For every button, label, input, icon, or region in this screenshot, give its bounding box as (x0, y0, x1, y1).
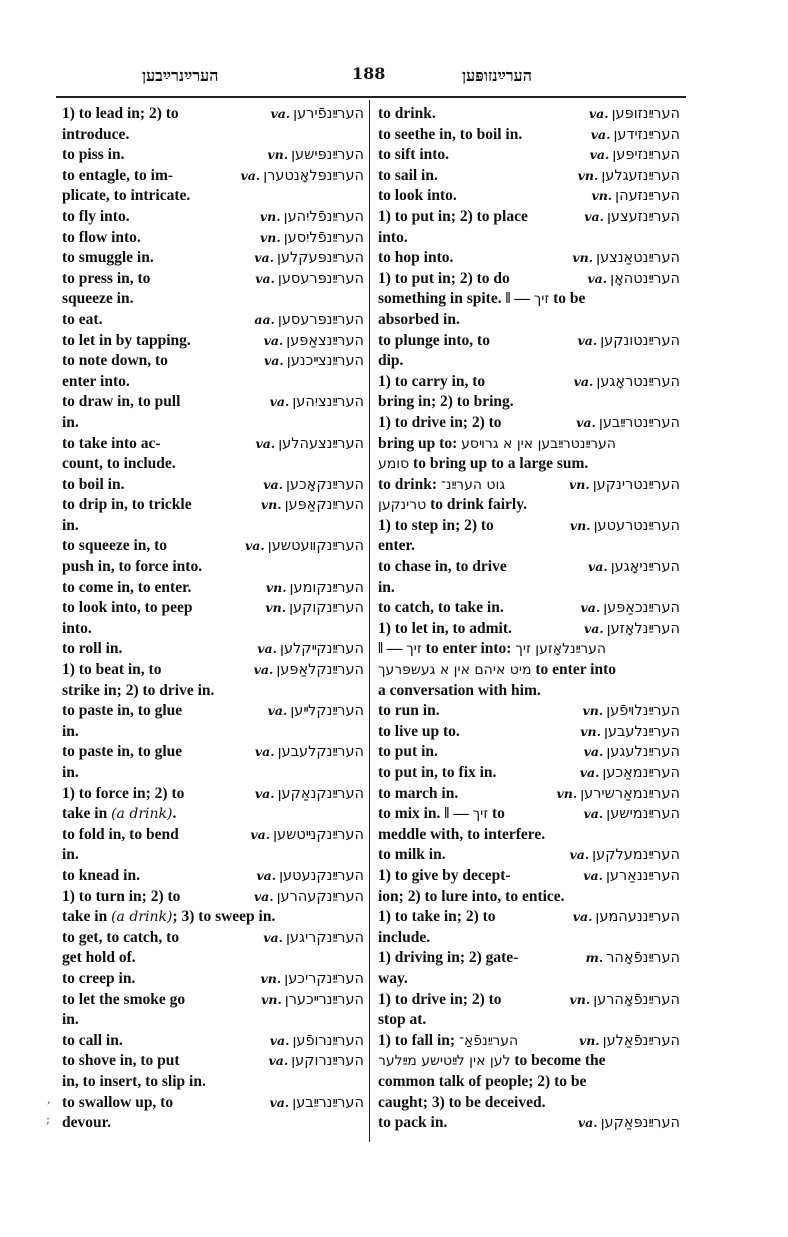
dictionary-line: to fly into.vn.הערײַנפֿליִהען (62, 207, 364, 228)
part-of-speech: vn. (261, 971, 282, 986)
definition-text: to sail in. (378, 167, 438, 184)
headword-group: va.הערײַנקװעטשען (245, 536, 364, 557)
dictionary-line: to paste in, to glueva.הערײַנקלעבען (62, 742, 364, 763)
dictionary-line: to put in, to fix in.va.הערײַנמאַכען (378, 763, 680, 784)
definition-text: 1) driving in; 2) gate- (378, 949, 518, 966)
english-text: to let in by tapping. (62, 331, 191, 352)
english-text: to fly into. (62, 207, 130, 228)
headword-group: va.הערײַנלאָזען (584, 619, 680, 640)
english-text: 1) to drive in; 2) to (378, 413, 502, 434)
dictionary-line: 1) to put in; 2) to dova.הערײַנטהאָן (378, 269, 680, 290)
dictionary-line: 1) to lead in; 2) tova.הערײַנפֿירען (62, 104, 364, 125)
english-text: to march in. (378, 784, 458, 805)
definition-text: absorbed in. (378, 311, 460, 328)
part-of-speech: va. (256, 868, 276, 883)
yiddish-headword: הערײַנקלעבען (278, 744, 364, 760)
english-text: to piss in. (62, 145, 124, 166)
yiddish-headword: הערײַנפֿליִסען (284, 230, 364, 246)
part-of-speech: va. (268, 1053, 288, 1068)
headword-group: vn.הערײַנפֿאַלען (579, 1031, 680, 1052)
english-text: ‖ — זיך to enter into: הערײַנלאָזען זיך (378, 639, 606, 660)
definition-text: take in (62, 805, 111, 822)
headword-group: va.הערײַנטהאָן (587, 269, 680, 290)
dictionary-line: in. (62, 845, 364, 866)
english-text: to come in, to enter. (62, 578, 191, 599)
english-text: introduce. (62, 125, 129, 146)
part-of-speech: m. (586, 950, 604, 965)
dictionary-line: to live up to.vn.הערײַנלעבען (378, 722, 680, 743)
english-text: 1) to take in; 2) to (378, 907, 496, 928)
hebrew-inline: הערײַנלאָזען זיך (515, 641, 606, 657)
english-text: count, to include. (62, 454, 176, 475)
definition-text: to march in. (378, 785, 458, 802)
english-text: to squeeze in, to (62, 536, 167, 557)
english-text: 1) to drive in; 2) to (378, 990, 502, 1011)
definition-text: plicate, to intricate. (62, 187, 190, 204)
headword-group: va.הערײַנפּאַקען (578, 1113, 680, 1134)
english-text: 1) to put in; 2) to place (378, 207, 528, 228)
headword-group: va.הערײַנרופֿען (270, 1031, 364, 1052)
part-of-speech: va. (263, 930, 283, 945)
headword-group: va.הערײַננעהמען (573, 907, 680, 928)
part-of-speech: va. (256, 436, 276, 451)
dictionary-line: 1) to force in; 2) tova.הערײַנקנאַקען (62, 784, 364, 805)
yiddish-headword: הערײַנפּלאָנטערן (263, 168, 364, 184)
yiddish-headword: הערײַנקעהרען (277, 889, 364, 905)
dictionary-line: bring in; 2) to bring. (378, 392, 680, 413)
dictionary-line: to drip in, to tricklevn.הערײַנקאַפּען (62, 495, 364, 516)
english-text: absorbed in. (378, 310, 460, 331)
dictionary-line: to fold in, to bendva.הערײַנקנײטשען (62, 825, 364, 846)
dictionary-line: to let the smoke govn.הערײַנרײכערן (62, 990, 364, 1011)
page-number: 188 (352, 64, 385, 83)
english-text: common talk of people; 2) to be (378, 1072, 586, 1093)
definition-text: common talk of people; 2) to be (378, 1073, 586, 1090)
headword-group: va.הערײַננאַרען (583, 866, 680, 887)
definition-text: push in, to force into. (62, 558, 202, 575)
part-of-speech: vn. (579, 1033, 600, 1048)
yiddish-headword: הערײַנקריגען (286, 930, 364, 946)
english-text: טרינקען to drink fairly. (378, 495, 527, 516)
headword-group: vn.הערײַנקומען (266, 578, 364, 599)
english-text: מיט איהם אין א געשפּרעך to enter into (378, 660, 616, 681)
headword-group: va.הערײַנצעהלען (256, 434, 364, 455)
english-text: in, to insert, to slip in. (62, 1072, 206, 1093)
headword-group: vn.הערײַנפֿאָהרען (570, 990, 680, 1011)
headword-group: va.הערײַנקנאַקען (255, 784, 364, 805)
definition-text: a conversation with him. (378, 682, 541, 699)
part-of-speech: va. (255, 744, 275, 759)
part-of-speech: va. (583, 868, 603, 883)
dictionary-page: הערײַנרײַבען 188 הערײַנזופּען 1) to lead… (0, 0, 788, 1237)
dictionary-line: in. (62, 763, 364, 784)
definition-text: 1) to carry in, to (378, 373, 485, 390)
yiddish-headword: הערײַנטרעטען (594, 518, 680, 534)
english-text: to take into ac- (62, 434, 161, 455)
definition-text: 1) to let in, to admit. (378, 620, 512, 637)
dictionary-line: get hold of. (62, 948, 364, 969)
definition-text: in. (378, 579, 395, 596)
english-text: to pack in. (378, 1113, 447, 1134)
dictionary-line: 1) to take in; 2) tova.הערײַננעהמען (378, 907, 680, 928)
part-of-speech: va. (241, 168, 261, 183)
definition-text: to live up to. (378, 723, 460, 740)
english-text: סומע to bring up to a large sum. (378, 454, 588, 475)
headword-group: va.הערײַנזופּען (589, 104, 680, 125)
part-of-speech: vn. (583, 703, 604, 718)
headword-group: aa.הערײַנפּרעסען (254, 310, 364, 331)
english-text: stop at. (378, 1010, 426, 1031)
dictionary-line: 1) to turn in; 2) tova.הערײַנקעהרען (62, 887, 364, 908)
yiddish-headword: הערײַנפּאַקען (601, 1115, 680, 1131)
headword-group: va.הערײַנמישען (584, 804, 680, 825)
definition-text: to fly into. (62, 208, 130, 225)
definition-text: in. (62, 517, 79, 534)
dictionary-line: to flow into.vn.הערײַנפֿליִסען (62, 228, 364, 249)
headword-group: va.הערײַנקלעבען (255, 742, 364, 763)
yiddish-headword: הערײַנטאַנצען (596, 250, 680, 266)
english-text: לען אין לײַטישע מײַלער to become the (378, 1051, 606, 1072)
part-of-speech: va. (270, 1095, 290, 1110)
headword-group: va.הערײַנלעגען (584, 742, 680, 763)
headword-group: va.הערײַנזעצען (584, 207, 680, 228)
part-of-speech: va. (254, 250, 274, 265)
definition-text: to seethe in, to boil in. (378, 126, 522, 143)
dictionary-line: in. (62, 413, 364, 434)
dictionary-line: enter into. (62, 372, 364, 393)
part-of-speech: va. (591, 127, 611, 142)
part-of-speech: va. (270, 394, 290, 409)
yiddish-headword: הערײַנקנעטען (279, 868, 364, 884)
part-of-speech: va. (254, 889, 274, 904)
definition-text: to get, to catch, to (62, 929, 179, 946)
headword-group: vn.הערײַנפֿליִהען (260, 207, 364, 228)
english-text: to seethe in, to boil in. (378, 125, 522, 146)
headword-group: va.הערײַנקעהרען (254, 887, 364, 908)
headword-group: vn.הערײַנפֿליִסען (260, 228, 364, 249)
headword-group: va.הערײַנקלאַפּען (254, 660, 364, 681)
dictionary-line: 1) driving in; 2) gate-m.הערײַנפֿאָהר (378, 948, 680, 969)
headword-group: vn.הערײַנקאַפּען (261, 495, 364, 516)
hebrew-inline: הערײַנפֿאַ־ (459, 1033, 518, 1049)
headword-group: vn.הערײַנרײכערן (261, 990, 364, 1011)
headword-group: va.הערײַנמאַכען (580, 763, 680, 784)
part-of-speech: va. (264, 333, 284, 348)
dictionary-line: into. (378, 228, 680, 249)
definition-text: take in (62, 908, 111, 925)
definition-text: to paste in, to glue (62, 702, 182, 719)
definition-text: to (488, 805, 505, 822)
definition-text: ‖ — (378, 640, 406, 657)
yiddish-headword: הערײַנטונקען (600, 333, 680, 349)
yiddish-headword: הערײַנקוקען (289, 600, 364, 616)
definition-text: to drip in, to trickle (62, 496, 192, 513)
headword-group: va.הערײַנקריגען (263, 928, 364, 949)
definition-text: 1) to turn in; 2) to (62, 888, 180, 905)
part-of-speech: vn. (570, 518, 591, 533)
dictionary-line: טרינקען to drink fairly. (378, 495, 680, 516)
dictionary-line: to run in.vn.הערײַנלױפֿען (378, 701, 680, 722)
dictionary-line: into. (62, 619, 364, 640)
definition-text: to drink fairly. (426, 496, 527, 513)
definition-text: meddle with, to interfere. (378, 826, 545, 843)
definition-text: to come in, to enter. (62, 579, 191, 596)
headword-group: va.הערײַנקײקלען (257, 639, 364, 660)
part-of-speech: vn. (260, 230, 281, 245)
italic-note: (a drink) (111, 806, 172, 822)
definition-text: to enter into: (422, 640, 516, 657)
yiddish-headword: הערײַנלעבען (604, 724, 680, 740)
dictionary-line: to march in.vn.הערײַנמאַרשירען (378, 784, 680, 805)
definition-text: 1) to step in; 2) to (378, 517, 494, 534)
hebrew-inline: גוט הערײַנ־ (441, 477, 505, 493)
yiddish-headword: הערײַנזיפּען (612, 147, 680, 163)
headword-group: va.הערײַנכאַפּען (581, 598, 681, 619)
dictionary-line: to come in, to enter.vn.הערײַנקומען (62, 578, 364, 599)
headword-group: va.הערײַנטרײַבען (576, 413, 680, 434)
yiddish-headword: הערײַנקװעטשען (268, 538, 364, 554)
headword-group: vn.הערײַנטאַנצען (572, 248, 680, 269)
english-text: in. (62, 845, 79, 866)
definition-text: 1) to force in; 2) to (62, 785, 184, 802)
headword-group: va.הערײַנקנײטשען (250, 825, 364, 846)
definition-text: . (172, 805, 176, 822)
definition-text: to smuggle in. (62, 249, 154, 266)
part-of-speech: vn. (570, 992, 591, 1007)
part-of-speech: va. (270, 106, 290, 121)
english-text: in. (62, 722, 79, 743)
dictionary-line: to catch, to take in.va.הערײַנכאַפּען (378, 598, 680, 619)
english-text: into. (378, 228, 408, 249)
yiddish-headword: הערײַנקלײען (290, 703, 364, 719)
dictionary-line: to chase in, to driveva.הערײַניאָגען (378, 557, 680, 578)
dictionary-line: meddle with, to interfere. (378, 825, 680, 846)
yiddish-headword: הערײַננאַרען (606, 868, 680, 884)
dictionary-line: caught; 3) to be deceived. (378, 1093, 680, 1114)
definition-text: to bring up to a large sum. (409, 455, 588, 472)
hebrew-inline: לען אין לײַטישע מײַלער (378, 1053, 510, 1069)
dictionary-line: to boil in.va.הערײַנקאָכען (62, 475, 364, 496)
headword-group: vn.הערײַנקוקען (265, 598, 364, 619)
part-of-speech: va. (580, 765, 600, 780)
definition-text: to let in by tapping. (62, 332, 191, 349)
headword-group: va.הערײַנזיפּען (590, 145, 680, 166)
definition-text: to become the (510, 1052, 605, 1069)
definition-text: to flow into. (62, 229, 141, 246)
dictionary-line: to roll in.va.הערײַנקײקלען (62, 639, 364, 660)
definition-text: dip. (378, 352, 403, 369)
dictionary-line: 1) to put in; 2) to placeva.הערײַנזעצען (378, 207, 680, 228)
part-of-speech: vn. (572, 250, 593, 265)
headword-group: va.הערײַניאָגען (588, 557, 680, 578)
definition-text: 1) to lead in; 2) to (62, 105, 179, 122)
column-divider (369, 100, 370, 1142)
part-of-speech: va. (581, 600, 601, 615)
dictionary-line: ‖ — זיך to enter into: הערײַנלאָזען זיך (378, 639, 680, 660)
definition-text: way. (378, 970, 408, 987)
definition-text: in. (62, 846, 79, 863)
english-text: 1) to beat in, to (62, 660, 161, 681)
dictionary-line: squeeze in. (62, 289, 364, 310)
headword-group: vn.הערײַנקריכען (261, 969, 364, 990)
dictionary-line: to hop into.vn.הערײַנטאַנצען (378, 248, 680, 269)
left-column: 1) to lead in; 2) tova.הערײַנפֿירעןintro… (62, 104, 364, 1134)
definition-text: 1) to take in; 2) to (378, 908, 496, 925)
english-text: to hop into. (378, 248, 453, 269)
dictionary-line: in. (62, 516, 364, 537)
english-text: 1) to carry in, to (378, 372, 485, 393)
headword-group: va.הערײַנטונקען (577, 331, 680, 352)
headword-group: va.הערײַנצאַפּען (264, 331, 364, 352)
definition-text: to shove in, to put (62, 1052, 180, 1069)
dictionary-line: in. (62, 1010, 364, 1031)
yiddish-headword: הערײַנקײקלען (280, 641, 364, 657)
dictionary-line: to swallow up, tova.הערײַנרײַבען (62, 1093, 364, 1114)
definition-text: in. (62, 414, 79, 431)
hebrew-inline: טרינקען (378, 497, 426, 513)
dictionary-line: to mix in. ‖ — זיך tova.הערײַנמישען (378, 804, 680, 825)
dictionary-line: plicate, to intricate. (62, 186, 364, 207)
english-text: bring in; 2) to bring. (378, 392, 514, 413)
part-of-speech: va. (584, 744, 604, 759)
english-text: enter. (378, 536, 415, 557)
english-text: to drink: גוט הערײַנ־ (378, 475, 505, 496)
english-text: to mix in. ‖ — זיך to (378, 804, 505, 825)
part-of-speech: va. (587, 271, 607, 286)
dictionary-line: לען אין לײַטישע מײַלער to become the (378, 1051, 680, 1072)
definition-text: strike in; 2) to drive in. (62, 682, 214, 699)
dictionary-line: in, to insert, to slip in. (62, 1072, 364, 1093)
definition-text: ; 3) to sweep in. (172, 908, 275, 925)
yiddish-headword: הערײַנמעלקען (592, 847, 680, 863)
headword-group: vn.הערײַנזעגלען (578, 166, 680, 187)
part-of-speech: va. (584, 621, 604, 636)
english-text: a conversation with him. (378, 681, 541, 702)
dictionary-line: 1) to give by decept-va.הערײַננאַרען (378, 866, 680, 887)
dictionary-line: ion; 2) to lure into, to entice. (378, 887, 680, 908)
part-of-speech: va. (268, 703, 288, 718)
definition-text: enter into. (62, 373, 130, 390)
definition-text: to hop into. (378, 249, 453, 266)
yiddish-headword: הערײַנקנאַקען (278, 786, 364, 802)
definition-text: 1) to give by decept- (378, 867, 511, 884)
yiddish-headword: הערײַנפֿליִהען (284, 209, 364, 225)
english-text: ion; 2) to lure into, to entice. (378, 887, 565, 908)
definition-text: to plunge into, to (378, 332, 490, 349)
part-of-speech: va. (584, 209, 604, 224)
headword-group: va.הערײַנמעלקען (569, 845, 680, 866)
hebrew-inline: זיך (473, 806, 489, 822)
dictionary-line: introduce. (62, 125, 364, 146)
english-text: take in (a drink). (62, 804, 176, 825)
definition-text: to look into, to peep (62, 599, 192, 616)
yiddish-headword: הערײַנפֿאָהרען (593, 992, 680, 1008)
definition-text: squeeze in. (62, 290, 133, 307)
definition-text: to put in, to fix in. (378, 764, 496, 781)
headword-group: va.הערײַנציִהען (270, 392, 364, 413)
yiddish-headword: הערײַנפּרעסען (278, 312, 364, 328)
english-text: in. (62, 1010, 79, 1031)
definition-text: 1) to drive in; 2) to (378, 991, 502, 1008)
definition-text: to sift into. (378, 146, 449, 163)
dictionary-line: enter. (378, 536, 680, 557)
english-text: in. (62, 413, 79, 434)
headword-group: va.הערײַנרוקען (268, 1051, 364, 1072)
dictionary-line: to piss in.vn.הערײַנפּישען (62, 145, 364, 166)
dictionary-line: in. (378, 578, 680, 599)
english-text: to put in, to fix in. (378, 763, 496, 784)
definition-text: to eat. (62, 311, 102, 328)
dictionary-line: to pack in.va.הערײַנפּאַקען (378, 1113, 680, 1134)
english-text: in. (62, 763, 79, 784)
hebrew-inline: מיט איהם אין א געשפּרעך (378, 662, 532, 678)
part-of-speech: va. (255, 786, 275, 801)
yiddish-headword: הערײַנפּעקלען (277, 250, 364, 266)
definition-text: to knead in. (62, 867, 140, 884)
definition-text: 1) to drive in; 2) to (378, 414, 502, 431)
dictionary-line: to sail in.vn.הערײַנזעגלען (378, 166, 680, 187)
definition-text: to creep in. (62, 970, 135, 987)
yiddish-headword: הערײַנפּרעסען (278, 271, 364, 287)
yiddish-headword: הערײַנלעגען (606, 744, 680, 760)
headword-group: va.הערײַנפּרעסען (255, 269, 364, 290)
english-text: way. (378, 969, 408, 990)
dictionary-line: to entagle, to im-va.הערײַנפּלאָנטערן (62, 166, 364, 187)
part-of-speech: vn. (569, 477, 590, 492)
dictionary-line: 1) to drive in; 2) tova.הערײַנטרײַבען (378, 413, 680, 434)
english-text: squeeze in. (62, 289, 133, 310)
english-text: to smuggle in. (62, 248, 154, 269)
english-text: to eat. (62, 310, 102, 331)
definition-text: to run in. (378, 702, 440, 719)
yiddish-headword: הערײַנזופּען (612, 106, 680, 122)
english-text: to catch, to take in. (378, 598, 504, 619)
english-text: to plunge into, to (378, 331, 490, 352)
english-text: meddle with, to interfere. (378, 825, 545, 846)
english-text: to put in. (378, 742, 438, 763)
definition-text: to enter into (532, 661, 617, 678)
part-of-speech: va. (270, 1033, 290, 1048)
dictionary-line: common talk of people; 2) to be (378, 1072, 680, 1093)
english-text: in. (378, 578, 395, 599)
english-text: devour. (62, 1113, 111, 1134)
dictionary-line: to look into, to peepvn.הערײַנקוקען (62, 598, 364, 619)
headword-group: va.הערײַנזידען (591, 125, 680, 146)
english-text: strike in; 2) to drive in. (62, 681, 214, 702)
english-text: to drip in, to trickle (62, 495, 192, 516)
definition-text: to drink: (378, 476, 441, 493)
part-of-speech: va. (255, 271, 275, 286)
headword-group: va.הערײַנפֿירען (270, 104, 364, 125)
left-guide-word: הערײַנרײַבען (142, 66, 218, 86)
dictionary-line: absorbed in. (378, 310, 680, 331)
dictionary-line: to paste in, to glueva.הערײַנקלײען (62, 701, 364, 722)
part-of-speech: vn. (578, 168, 599, 183)
yiddish-headword: הערײַנרוקען (291, 1053, 364, 1069)
yiddish-headword: הערײַנרײכערן (285, 992, 364, 1008)
yiddish-headword: הערײַניאָגען (611, 559, 680, 575)
yiddish-headword: הערײַנקלאַפּען (276, 662, 364, 678)
dictionary-line: take in (a drink); 3) to sweep in. (62, 907, 364, 928)
dictionary-line: to let in by tapping.va.הערײַנצאַפּען (62, 331, 364, 352)
definition-text: in, to insert, to slip in. (62, 1073, 206, 1090)
dictionary-line: in. (62, 722, 364, 743)
definition-text: to pack in. (378, 1114, 447, 1131)
english-text: to paste in, to glue (62, 701, 182, 722)
definition-text: to roll in. (62, 640, 122, 657)
yiddish-headword: הערײַנרופֿען (292, 1033, 364, 1049)
yiddish-headword: הערײַנצײכנען (287, 353, 364, 369)
